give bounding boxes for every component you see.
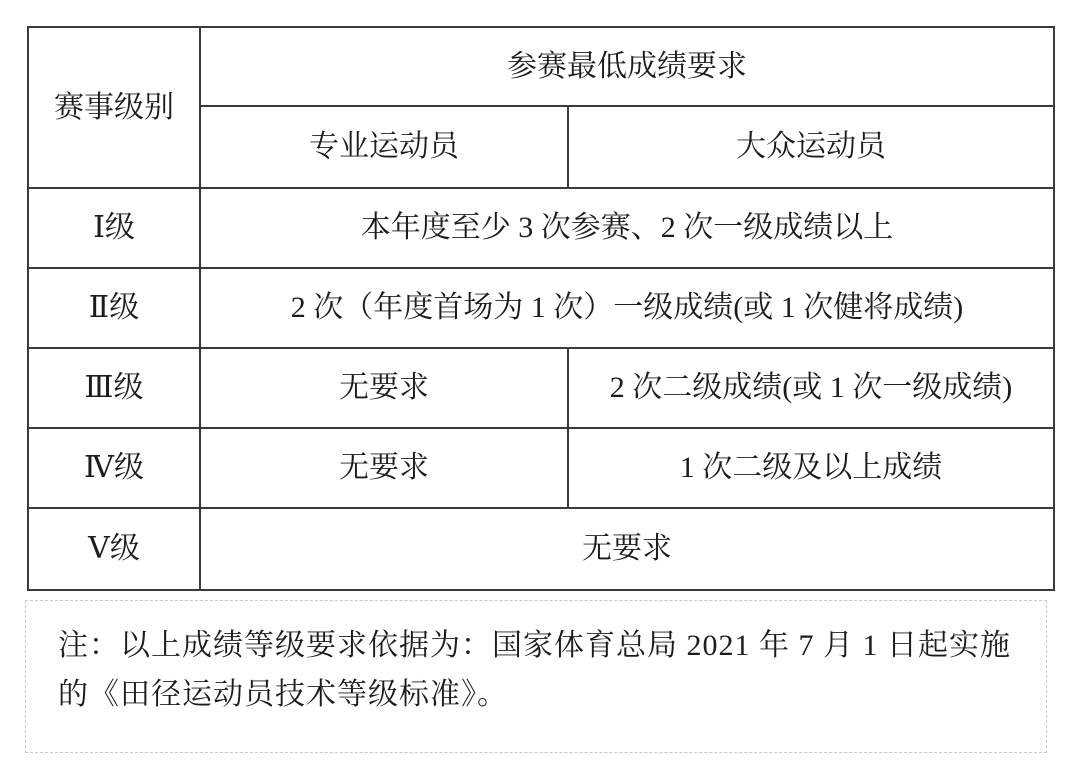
header-min-requirement: 参赛最低成绩要求 — [200, 27, 1054, 106]
header-mass-athlete: 大众运动员 — [568, 106, 1054, 188]
requirement-cell-merged: 2 次（年度首场为 1 次）一级成绩(或 1 次健将成绩) — [200, 268, 1054, 348]
competition-requirements-table: 赛事级别 参赛最低成绩要求 专业运动员 大众运动员 Ⅰ级 本年度至少 3 次参赛… — [27, 26, 1055, 591]
header-event-level: 赛事级别 — [28, 27, 200, 188]
level-cell: Ⅱ级 — [28, 268, 200, 348]
footnote-box: 注：以上成绩等级要求依据为：国家体育总局 2021 年 7 月 1 日起实施的《… — [25, 600, 1047, 753]
table-row-level-5: Ⅴ级 无要求 — [28, 508, 1054, 590]
footnote-text: 注：以上成绩等级要求依据为：国家体育总局 2021 年 7 月 1 日起实施的《… — [58, 621, 1016, 719]
level-cell: Ⅴ级 — [28, 508, 200, 590]
level-cell: Ⅲ级 — [28, 348, 200, 428]
requirement-cell-professional: 无要求 — [200, 428, 568, 508]
table-row-level-2: Ⅱ级 2 次（年度首场为 1 次）一级成绩(或 1 次健将成绩) — [28, 268, 1054, 348]
requirement-cell-merged: 无要求 — [200, 508, 1054, 590]
requirement-cell-merged: 本年度至少 3 次参赛、2 次一级成绩以上 — [200, 188, 1054, 268]
table-row-level-1: Ⅰ级 本年度至少 3 次参赛、2 次一级成绩以上 — [28, 188, 1054, 268]
requirement-cell-mass: 2 次二级成绩(或 1 次一级成绩) — [568, 348, 1054, 428]
table-row-level-4: Ⅳ级 无要求 1 次二级及以上成绩 — [28, 428, 1054, 508]
header-row-1: 赛事级别 参赛最低成绩要求 — [28, 27, 1054, 106]
document-page: 赛事级别 参赛最低成绩要求 专业运动员 大众运动员 Ⅰ级 本年度至少 3 次参赛… — [0, 0, 1080, 766]
level-cell: Ⅰ级 — [28, 188, 200, 268]
level-cell: Ⅳ级 — [28, 428, 200, 508]
requirement-cell-mass: 1 次二级及以上成绩 — [568, 428, 1054, 508]
table-row-level-3: Ⅲ级 无要求 2 次二级成绩(或 1 次一级成绩) — [28, 348, 1054, 428]
header-professional-athlete: 专业运动员 — [200, 106, 568, 188]
requirement-cell-professional: 无要求 — [200, 348, 568, 428]
